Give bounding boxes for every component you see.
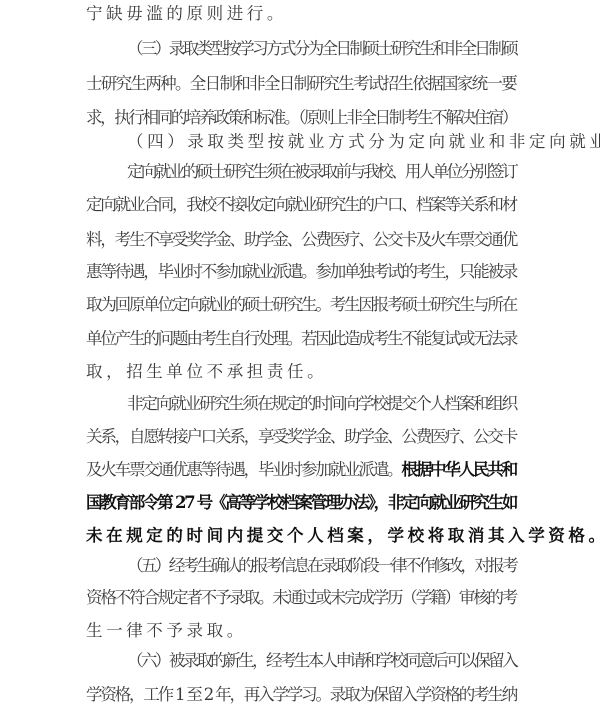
text-segment: 单位产生的问题由考生自行处理。若因此造成考生不能复试或无法录: [86, 329, 516, 348]
text-segment: （五）经考生确认的报考信息在录取阶段一律不作修改，对报考: [127, 556, 516, 575]
text-segment: 惠等待遇，毕业时不参加就业派遣。参加单独考试的考生，只能被录: [86, 262, 516, 281]
text-line: （五）经考生确认的报考信息在录取阶段一律不作修改，对报考: [127, 554, 516, 578]
text-segment: 取为回原单位定向就业的硕士研究生。考生因报考硕士研究生与所在: [86, 295, 516, 314]
text-line: 取为回原单位定向就业的硕士研究生。考生因报考硕士研究生与所在: [86, 293, 516, 317]
text-line: 求，执行相同的培养政策和标准。（原则上非全日制考生不解决住宿）: [86, 106, 516, 130]
text-line: 士研究生两种。全日制和非全日制研究生考试招生依据国家统一要: [86, 72, 516, 96]
text-line: 单位产生的问题由考生自行处理。若因此造成考生不能复试或无法录: [86, 327, 516, 351]
text-segment: 及火车票交通优惠等待遇，毕业时参加就业派遣。: [86, 460, 401, 479]
text-line: 料，考生不享受奖学金、助学金、公费医疗、公交卡及火车票交通优: [86, 228, 516, 252]
bold-text-segment: 国教育部令第 27 号《高等学校档案管理办法》，非定向就业研究生如: [86, 493, 516, 512]
bold-text-segment: 未在规定的时间内提交个人档案，学校将取消其入学资格。: [86, 526, 600, 545]
text-segment: 关系，自愿转接户口关系，享受奖学金、助学金、公费医疗、公交卡: [86, 427, 516, 446]
text-segment: 定向就业的硕士研究生须在被录取前与我校、用人单位分别签订: [127, 162, 516, 181]
text-line: （四）录取类型按就业方式分为定向就业和非定向就业两种。: [127, 130, 516, 154]
text-line: 国教育部令第 27 号《高等学校档案管理办法》，非定向就业研究生如: [86, 491, 516, 515]
text-line: 关系，自愿转接户口关系，享受奖学金、助学金、公费医疗、公交卡: [86, 425, 516, 449]
text-segment: 资格不符合规定者不予录取。未通过或未完成学历（学籍）审核的考: [86, 588, 516, 607]
text-segment: （三）录取类型按学习方式分为全日制硕士研究生和非全日制硕: [127, 39, 516, 58]
text-line: 取，招生单位不承担责任。: [86, 360, 516, 384]
text-line: 未在规定的时间内提交个人档案，学校将取消其入学资格。: [86, 524, 516, 548]
text-line: 及火车票交通优惠等待遇，毕业时参加就业派遣。根据中华人民共和: [86, 458, 516, 482]
text-line: 资格不符合规定者不予录取。未通过或未完成学历（学籍）审核的考: [86, 586, 516, 610]
text-segment: 非定向就业研究生须在规定的时间向学校提交个人档案和组织: [127, 394, 516, 413]
text-line: 宁缺毋滥的原则进行。: [86, 2, 516, 26]
text-line: 定向就业的硕士研究生须在被录取前与我校、用人单位分别签订: [127, 160, 516, 184]
text-segment: （六）被录取的新生，经考生本人申请和学校同意后可以保留入: [127, 651, 516, 670]
text-segment: 求，执行相同的培养政策和标准。（原则上非全日制考生不解决住宿）: [86, 108, 516, 127]
text-line: 定向就业合同，我校不接收定向就业研究生的户口、档案等关系和材: [86, 193, 516, 217]
text-segment: 生一律不予录取。: [86, 621, 247, 640]
text-segment: （四）录取类型按就业方式分为定向就业和非定向就业两种。: [127, 132, 600, 151]
text-line: 生一律不予录取。: [86, 619, 516, 643]
text-segment: 宁缺毋滥的原则进行。: [86, 4, 287, 23]
text-line: 非定向就业研究生须在规定的时间向学校提交个人档案和组织: [127, 392, 516, 416]
text-segment: 定向就业合同，我校不接收定向就业研究生的户口、档案等关系和材: [86, 195, 516, 214]
text-line: 学资格，工作 1 至 2 年，再入学学习。录取为保留入学资格的考生纳: [86, 683, 516, 707]
text-segment: 学资格，工作 1 至 2 年，再入学学习。录取为保留入学资格的考生纳: [86, 685, 516, 704]
text-line: （三）录取类型按学习方式分为全日制硕士研究生和非全日制硕: [127, 37, 516, 61]
bold-text-segment: 根据中华人民共和: [401, 460, 516, 479]
text-line: （六）被录取的新生，经考生本人申请和学校同意后可以保留入: [127, 649, 516, 673]
text-segment: 料，考生不享受奖学金、助学金、公费医疗、公交卡及火车票交通优: [86, 230, 516, 249]
text-segment: 取，招生单位不承担责任。: [86, 362, 327, 381]
text-segment: 士研究生两种。全日制和非全日制研究生考试招生依据国家统一要: [86, 74, 516, 93]
text-line: 惠等待遇，毕业时不参加就业派遣。参加单独考试的考生，只能被录: [86, 260, 516, 284]
